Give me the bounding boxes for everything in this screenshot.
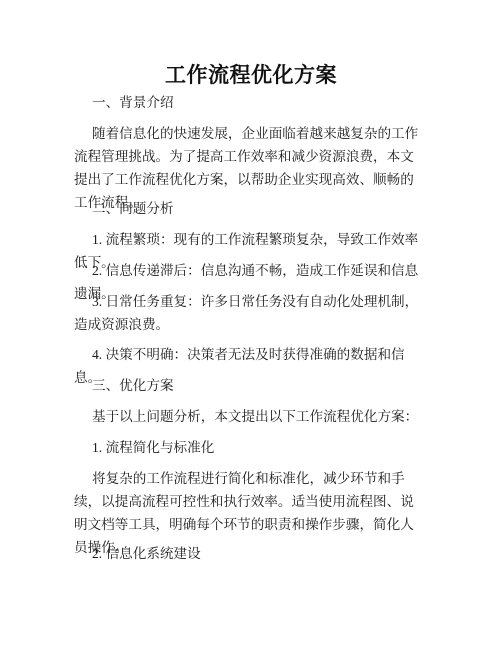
solution-heading-1: 1. 流程简化与标准化 <box>74 436 426 459</box>
section-heading-background: 一、背景介绍 <box>74 91 426 114</box>
solution-heading-2: 2. 信息化系统建设 <box>74 542 426 565</box>
document-title: 工作流程优化方案 <box>0 59 502 89</box>
problem-item-3: 3. 日常任务重复：许多日常任务没有自动化处理机制，造成资源浪费。 <box>74 290 426 336</box>
section-heading-optimization: 三、优化方案 <box>74 374 426 397</box>
section-heading-problem-analysis: 二、问题分析 <box>74 197 426 220</box>
paragraph-intro-solutions: 基于以上问题分析，本文提出以下工作流程优化方案： <box>74 405 426 428</box>
